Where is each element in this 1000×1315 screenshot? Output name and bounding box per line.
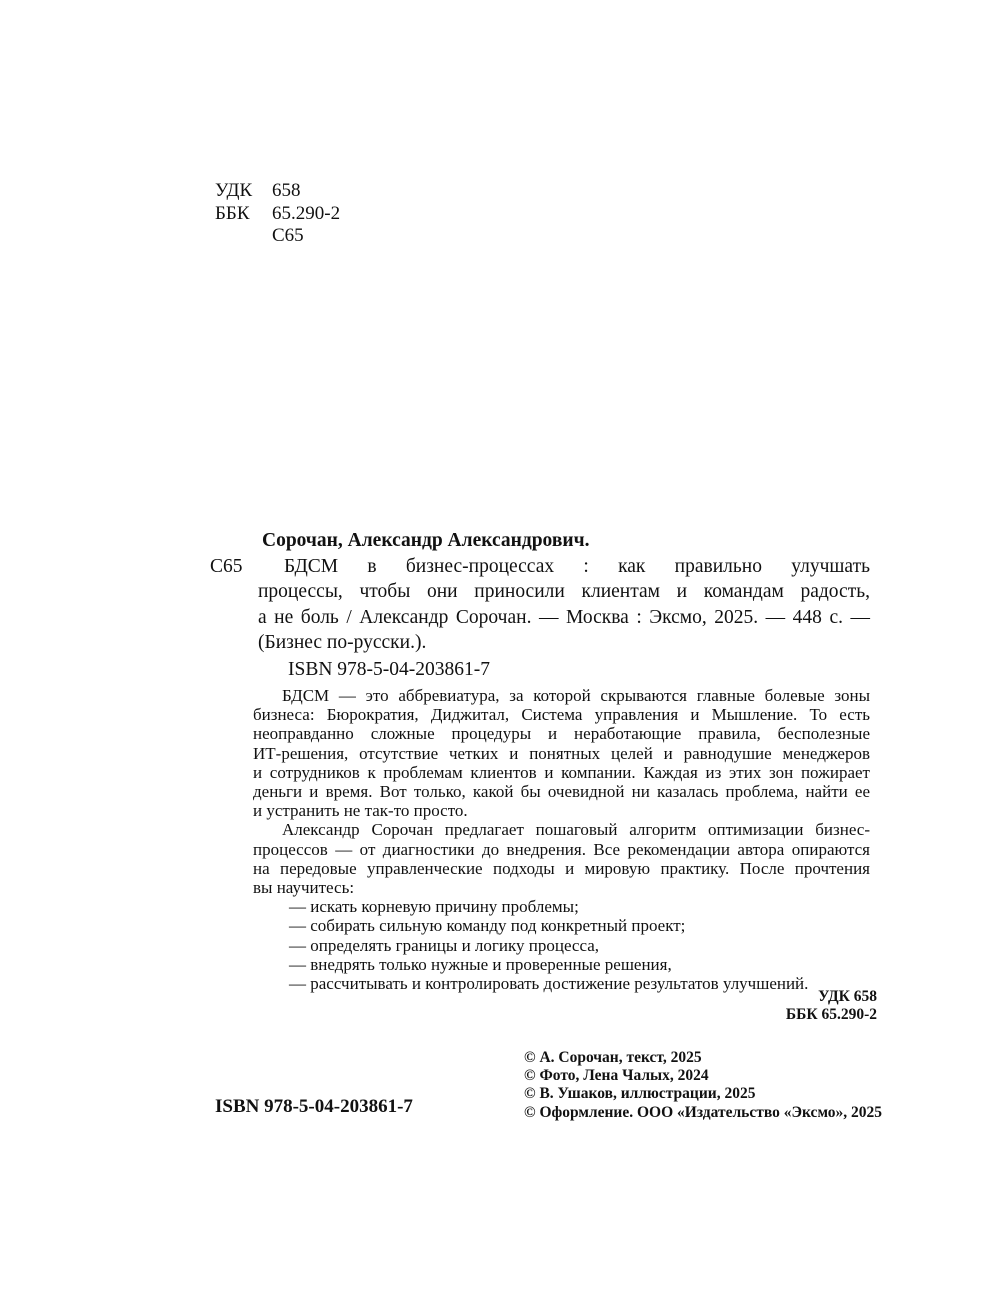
author-sign-value: С65	[272, 225, 304, 246]
annotation-p1-line: и устранить не так-то просто.	[253, 801, 870, 820]
annotation-p1-line: ИТ-решения, отсутствие четких и понятных…	[253, 744, 870, 763]
classification-codes-bottom: УДК 658 ББК 65.290-2	[786, 988, 877, 1023]
bbk-value: 65.290-2	[272, 203, 340, 224]
catalog-entry: Сорочан, Александр Александрович. С65БДС…	[258, 528, 870, 683]
udk-value: 658	[272, 180, 301, 201]
annotation-p2-line: на передовые управленческие подходы и ми…	[253, 859, 870, 878]
bbk-row: ББК65.290-2	[215, 203, 340, 226]
bullet-item: — рассчитывать и контролировать достижен…	[253, 974, 870, 993]
bbk-bottom: ББК 65.290-2	[786, 1006, 877, 1024]
annotation-p2-line: Александр Сорочан предлагает пошаговый а…	[253, 820, 870, 839]
annotation-p1-line: и сотрудников к проблемам клиентов и ком…	[253, 763, 870, 782]
bullet-item: — внедрять только нужные и проверенные р…	[253, 955, 870, 974]
bullet-item: — собирать сильную команду под конкретны…	[253, 916, 870, 935]
catalog-author-heading: Сорочан, Александр Александрович.	[258, 528, 870, 554]
bullet-item: — искать корневую причину проблемы;	[253, 897, 870, 916]
udk-bottom: УДК 658	[786, 988, 877, 1006]
bbk-label: ББК	[215, 203, 272, 226]
catalog-title-line-4: (Бизнес по-русски.).	[258, 630, 870, 656]
catalog-title-line-1-text: БДСМ в бизнес-процессах : как правильно …	[284, 556, 870, 577]
copyright-line: © В. Ушаков, иллюстрации, 2025	[524, 1085, 882, 1103]
copyright-line: © А. Сорочан, текст, 2025	[524, 1049, 882, 1067]
annotation-p1-line: деньги и время. Вот только, какой бы оче…	[253, 782, 870, 801]
catalog-isbn: ISBN 978-5-04-203861-7	[258, 657, 870, 683]
copyright-block: © А. Сорочан, текст, 2025 © Фото, Лена Ч…	[524, 1049, 882, 1122]
author-sign-row: С65	[215, 225, 340, 248]
book-imprint-page: УДК658 ББК65.290-2 С65 Сорочан, Александ…	[0, 0, 1000, 1315]
annotation-p1-line: БДСМ — это аббревиатура, за которой скры…	[253, 686, 870, 705]
classification-codes-top: УДК658 ББК65.290-2 С65	[215, 180, 340, 248]
catalog-hanging-code: С65	[210, 554, 243, 580]
bullet-item: — определять границы и логику процесса,	[253, 936, 870, 955]
catalog-title-line-3: а не боль / Александр Сорочан. — Москва …	[258, 605, 870, 631]
annotation-p1-line: неоправданно сложные процедуры и неработ…	[253, 724, 870, 743]
annotation-p1-line: бизнеса: Бюрократия, Диджитал, Система у…	[253, 705, 870, 724]
annotation-p2-line: вы научитесь:	[253, 878, 870, 897]
isbn-bottom: ISBN 978-5-04-203861-7	[215, 1096, 413, 1118]
copyright-line: © Фото, Лена Чалых, 2024	[524, 1067, 882, 1085]
annotation-p2-line: процессов — от диагностики до внедрения.…	[253, 840, 870, 859]
copyright-line: © Оформление. ООО «Издательство «Эксмо»,…	[524, 1104, 882, 1122]
udk-row: УДК658	[215, 180, 340, 203]
udk-label: УДК	[215, 180, 272, 203]
catalog-title-line-1: С65БДСМ в бизнес-процессах : как правиль…	[258, 554, 870, 580]
annotation-block: БДСМ — это аббревиатура, за которой скры…	[253, 686, 870, 993]
catalog-title-line-2: процессы, чтобы они приносили клиентам и…	[258, 579, 870, 605]
